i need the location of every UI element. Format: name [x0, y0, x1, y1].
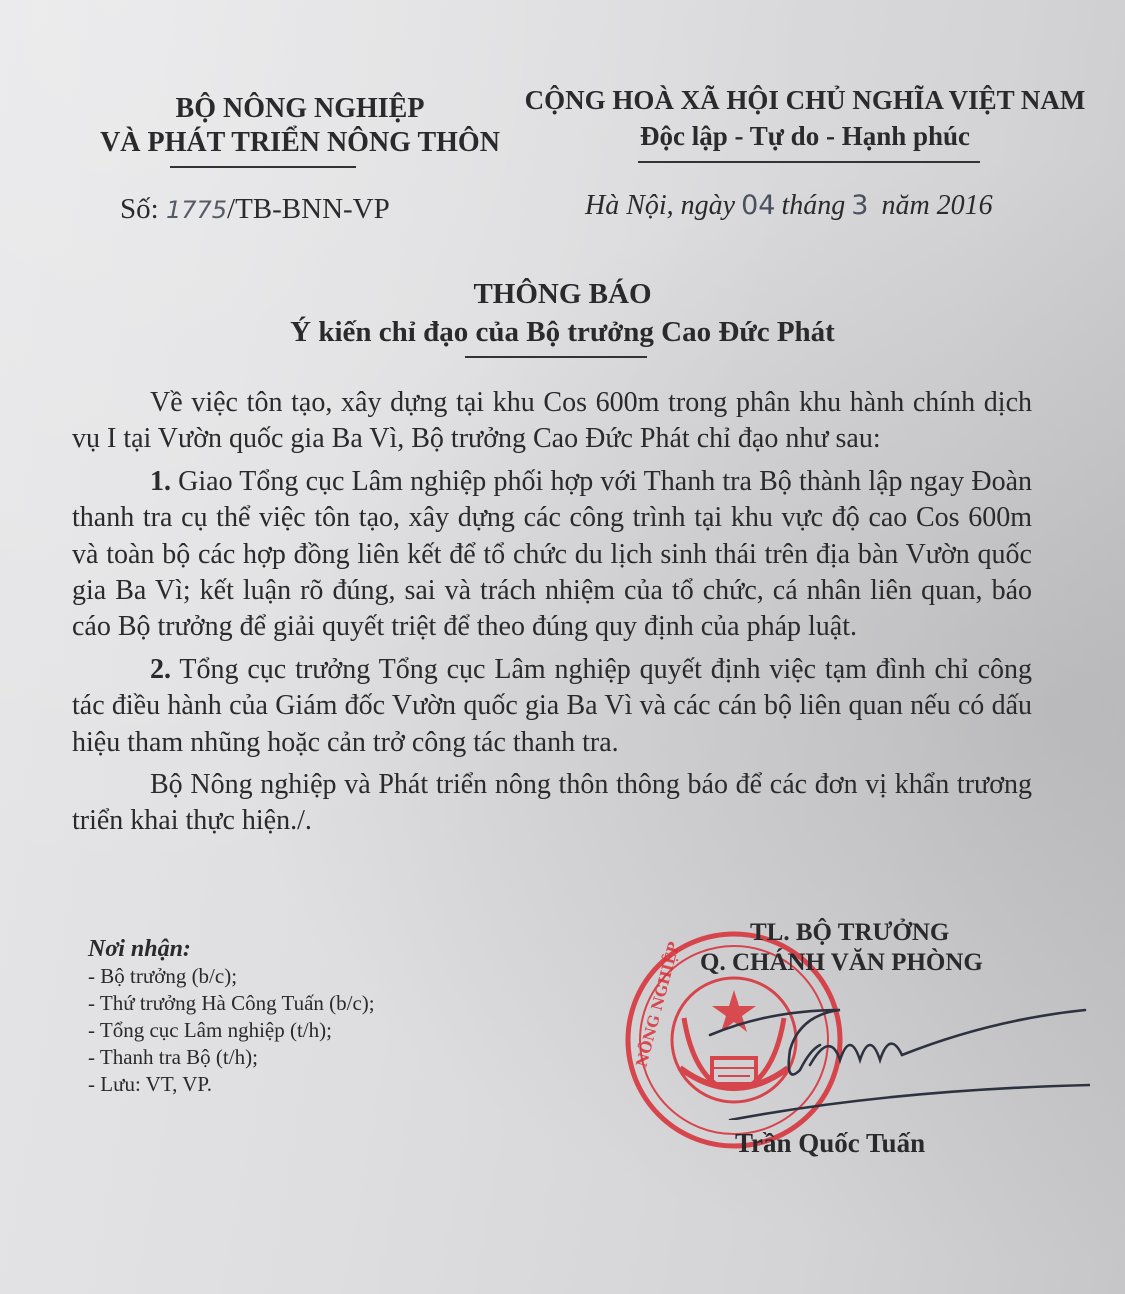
date-month: 3 — [845, 190, 874, 221]
issuing-agency: BỘ NÔNG NGHIỆP VÀ PHÁT TRIỂN NÔNG THÔN — [60, 92, 540, 160]
nation-name: CỘNG HOÀ XÃ HỘI CHỦ NGHĨA VIỆT NAM — [520, 82, 1090, 118]
recipient-item: - Thanh tra Bộ (t/h); — [88, 1044, 375, 1071]
issue-date: Hà Nội, ngày04tháng3 năm 2016 — [585, 190, 993, 222]
title-subtitle: Ý kiến chỉ đạo của Bộ trưởng Cao Đức Phá… — [0, 313, 1125, 351]
sign-title-line: Q. CHÁNH VĂN PHÒNG — [700, 948, 1020, 978]
directive-item-1: 1. Giao Tổng cục Lâm nghiệp phối hợp với… — [72, 464, 1032, 646]
document-number: Số: 1775/TB-BNN-VP — [120, 193, 390, 226]
agency-line-1: BỘ NÔNG NGHIỆP — [60, 92, 540, 126]
doc-number-prefix: Số: — [120, 193, 159, 225]
agency-line-2: VÀ PHÁT TRIỂN NÔNG THÔN — [60, 126, 540, 160]
date-prefix: Hà Nội, ngày — [585, 190, 735, 221]
document-body: Về việc tôn tạo, xây dựng tại khu Cos 60… — [72, 385, 1032, 846]
title-underline — [465, 356, 647, 358]
signer-name: Trần Quốc Tuấn — [735, 1128, 925, 1159]
motto-underline — [638, 161, 980, 163]
national-header: CỘNG HOÀ XÃ HỘI CHỦ NGHĨA VIỆT NAM Độc l… — [520, 82, 1090, 154]
recipient-item: - Lưu: VT, VP. — [88, 1071, 375, 1098]
date-day: 04 — [735, 190, 781, 221]
date-year: năm 2016 — [881, 190, 992, 221]
signature-block: TL. BỘ TRƯỞNG Q. CHÁNH VĂN PHÒNG — [700, 918, 1020, 978]
doc-number-suffix: /TB-BNN-VP — [227, 193, 390, 225]
recipient-item: - Bộ trưởng (b/c); — [88, 963, 375, 990]
recipient-item: - Thứ trưởng Hà Công Tuấn (b/c); — [88, 990, 375, 1017]
item-1-number: 1. — [150, 466, 171, 497]
item-2-text: Tổng cục trưởng Tổng cục Lâm nghiệp quyế… — [72, 654, 1032, 758]
national-motto: Độc lập - Tự do - Hạnh phúc — [520, 118, 1090, 154]
svg-text:NÔNG NGHIỆP: NÔNG NGHIỆP — [632, 940, 683, 1069]
title-main: THÔNG BÁO — [0, 275, 1125, 313]
handwritten-signature-icon — [690, 990, 1090, 1120]
recipients-block: Nơi nhận: - Bộ trưởng (b/c); - Thứ trưởn… — [88, 936, 375, 1098]
item-1-text: Giao Tổng cục Lâm nghiệp phối hợp với Th… — [72, 466, 1032, 643]
sign-authority-line: TL. BỘ TRƯỞNG — [700, 918, 1020, 948]
item-2-number: 2. — [150, 654, 171, 685]
date-month-label: tháng — [781, 190, 845, 221]
directive-item-2: 2. Tổng cục trưởng Tổng cục Lâm nghiệp q… — [72, 652, 1032, 761]
intro-paragraph: Về việc tôn tạo, xây dựng tại khu Cos 60… — [72, 385, 1032, 458]
closing-paragraph: Bộ Nông nghiệp và Phát triển nông thôn t… — [72, 767, 1032, 840]
recipients-heading: Nơi nhận: — [88, 936, 375, 963]
recipient-item: - Tổng cục Lâm nghiệp (t/h); — [88, 1017, 375, 1044]
doc-number-handwritten: 1775 — [166, 196, 227, 224]
document-title: THÔNG BÁO Ý kiến chỉ đạo của Bộ trưởng C… — [0, 275, 1125, 351]
agency-underline — [170, 166, 356, 168]
